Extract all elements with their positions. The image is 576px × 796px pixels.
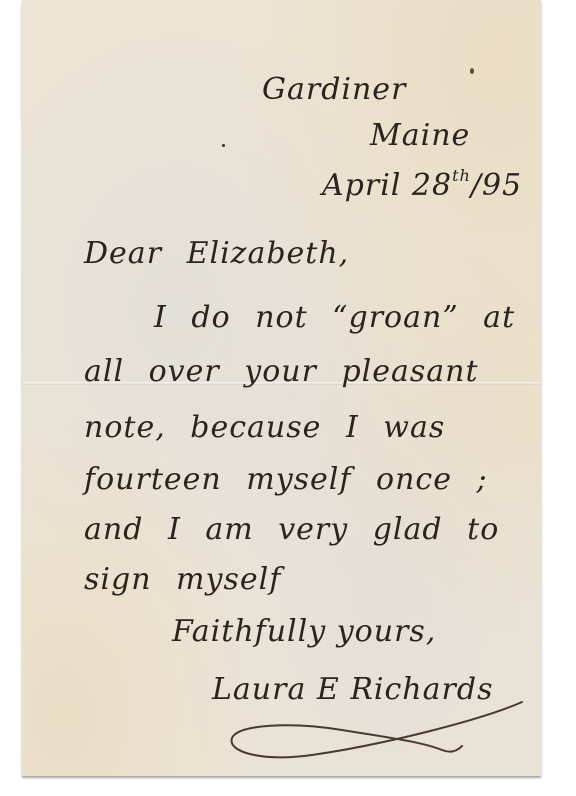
closing: Faithfully yours, <box>172 614 436 649</box>
scanned-letter: Gardiner Maine April 28th/95 Dear Elizab… <box>0 0 576 796</box>
body-line: fourteen myself once ; <box>84 462 488 497</box>
body-line: all over your pleasant <box>84 354 479 389</box>
body-line: and I am very glad to <box>84 512 499 547</box>
body-line: note, because I was <box>84 410 445 445</box>
heading-state: Maine <box>370 118 470 153</box>
heading-place: Gardiner <box>262 72 406 107</box>
salutation: Dear Elizabeth, <box>84 236 349 271</box>
date-year: /95 <box>471 168 522 203</box>
date-month-day: April 28 <box>322 168 452 203</box>
date-suffix: th <box>452 166 471 185</box>
ink-speck <box>470 68 474 74</box>
body-line: sign myself <box>84 562 281 597</box>
signature-flourish-icon <box>222 690 541 770</box>
heading-date: April 28th/95 <box>322 166 522 203</box>
ink-speck <box>222 144 225 147</box>
letter-paper: Gardiner Maine April 28th/95 Dear Elizab… <box>22 0 541 776</box>
body-line: I do not “groan” at <box>154 300 515 335</box>
